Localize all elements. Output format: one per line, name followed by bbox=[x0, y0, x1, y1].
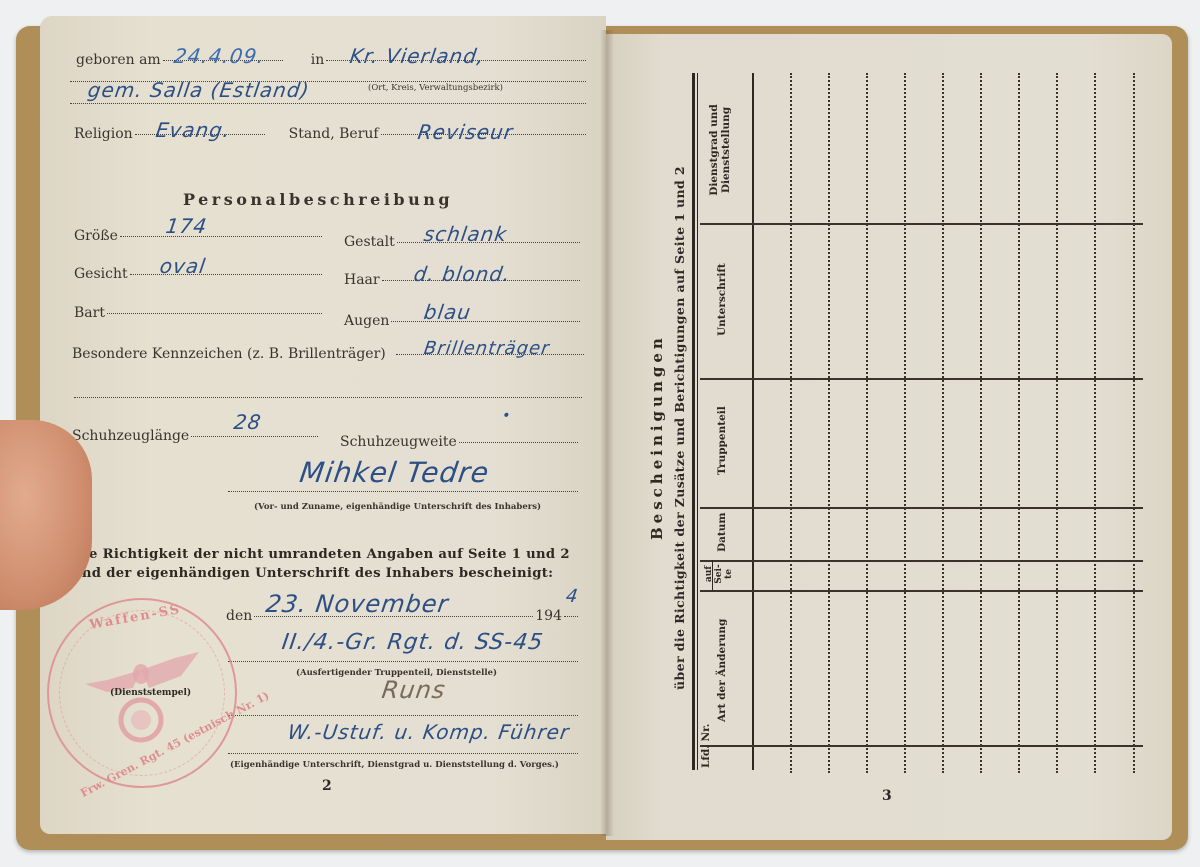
officer-rank: W.-Ustuf. u. Komp. Führer bbox=[286, 720, 571, 744]
column-divider bbox=[700, 378, 1143, 380]
born-row: geboren am in bbox=[76, 52, 588, 68]
marks-label: Besondere Kennzeichen (z. B. Brillenträg… bbox=[72, 346, 386, 362]
occupation-value: Reviseur bbox=[416, 120, 515, 144]
col-header-unterschrift: Unterschrift bbox=[716, 263, 728, 336]
column-divider bbox=[700, 560, 1143, 562]
column-divider bbox=[700, 507, 1143, 509]
shoe-length-label: Schuhzeuglänge bbox=[72, 428, 189, 444]
col-header-lfd-nr: Lfd. Nr. bbox=[700, 746, 712, 768]
build-value: schlank bbox=[422, 222, 509, 246]
height-label: Größe bbox=[74, 228, 118, 244]
dotted-line bbox=[228, 753, 578, 754]
right-page-subtitle: über die Richtigkeit der Zusätze und Ber… bbox=[672, 166, 687, 690]
born-in-value: Kr. Vierland, bbox=[348, 44, 486, 68]
eyes-label: Augen bbox=[344, 313, 389, 329]
entry-row-line bbox=[1133, 73, 1135, 773]
dotted-line bbox=[391, 321, 580, 322]
shoe-length-value: 28 bbox=[232, 410, 263, 434]
stamp-label: (Dienststempel) bbox=[110, 688, 191, 698]
col-header-datum: Datum bbox=[716, 512, 728, 552]
unit-value: II./4.-Gr. Rgt. d. SS-45 bbox=[280, 630, 545, 655]
build-label: Gestalt bbox=[344, 234, 395, 250]
dotted-line bbox=[191, 436, 318, 437]
entry-row-line bbox=[828, 73, 830, 773]
right-page-title: Bescheinigungen bbox=[648, 334, 666, 540]
table-border bbox=[752, 73, 754, 770]
face-value: oval bbox=[158, 254, 207, 278]
dotted-line bbox=[228, 491, 578, 492]
column-divider bbox=[700, 745, 1143, 747]
col-header-dienstgrad: Dienstgrad und Dienststellung bbox=[708, 95, 732, 205]
certification-line-2: und der eigenhändigen Unterschrift des I… bbox=[72, 564, 570, 583]
book-gutter bbox=[600, 30, 614, 836]
shoe-width-row: Schuhzeugweite bbox=[340, 434, 580, 450]
holder-signature: Mihkel Tedre bbox=[298, 456, 492, 489]
height-value: 174 bbox=[164, 214, 209, 238]
col-header-art-der-aenderung: Art der Änderung bbox=[716, 619, 728, 722]
occupation-label: Stand, Beruf bbox=[289, 126, 379, 142]
entry-row-line bbox=[980, 73, 982, 773]
column-divider bbox=[700, 223, 1143, 225]
dotted-line bbox=[70, 103, 586, 104]
thumb bbox=[0, 420, 92, 610]
shoe-length-row: Schuhzeuglänge bbox=[72, 428, 320, 444]
hair-value: d. blond. bbox=[412, 262, 512, 286]
beard-row: Bart bbox=[74, 305, 324, 321]
marks-row-2 bbox=[72, 400, 584, 401]
officer-signature: Runs bbox=[380, 676, 448, 704]
hair-label: Haar bbox=[344, 272, 380, 288]
holder-signature-line bbox=[226, 494, 580, 495]
entry-row-line bbox=[1056, 73, 1058, 773]
marks-value: Brillenträger bbox=[423, 338, 552, 359]
dotted-line bbox=[120, 236, 322, 237]
unit-line bbox=[226, 664, 580, 665]
entry-row-line bbox=[1018, 73, 1020, 773]
place-hint: (Ort, Kreis, Verwaltungsbezirk) bbox=[368, 83, 503, 93]
dotted-line bbox=[564, 616, 578, 617]
dotted-line bbox=[228, 661, 578, 662]
col-header-auf-seite: auf Sei- te bbox=[704, 560, 734, 588]
dotted-line bbox=[107, 313, 322, 314]
born-on-label: geboren am bbox=[76, 52, 161, 68]
entry-row-line bbox=[1094, 73, 1096, 773]
description-heading: Personalbeschreibung bbox=[183, 190, 453, 209]
page-number-left: 2 bbox=[322, 778, 332, 794]
date-label: den bbox=[226, 608, 252, 624]
born-in-label: in bbox=[311, 52, 325, 68]
shoe-width-label: Schuhzeugweite bbox=[340, 434, 457, 450]
certification-text: Die Richtigkeit der nicht umrandeten Ang… bbox=[72, 545, 570, 583]
table-border bbox=[697, 73, 698, 770]
entry-row-line bbox=[790, 73, 792, 773]
page-number-right: 3 bbox=[882, 788, 892, 804]
entry-row-line bbox=[866, 73, 868, 773]
column-divider bbox=[700, 590, 1143, 592]
officer-hint: (Eigenhändige Unterschrift, Dienstgrad u… bbox=[230, 760, 559, 770]
place-row-underline bbox=[68, 106, 588, 107]
right-page bbox=[606, 34, 1172, 840]
born-on-value: 24.4.09. bbox=[172, 44, 266, 68]
year-prefix: 194 bbox=[535, 608, 562, 624]
date-value: 23. November bbox=[264, 590, 451, 618]
col-header-truppenteil: Truppenteil bbox=[716, 406, 728, 475]
place-line2-value: gem. Salla (Estland) bbox=[86, 78, 311, 102]
face-label: Gesicht bbox=[74, 266, 128, 282]
officer-signature-line bbox=[226, 718, 580, 719]
entry-row-line bbox=[942, 73, 944, 773]
religion-value: Evang. bbox=[154, 118, 232, 142]
holder-signature-hint: (Vor- und Zuname, eigenhändige Unterschr… bbox=[254, 502, 541, 512]
dotted-line bbox=[459, 442, 578, 443]
entry-row-line bbox=[904, 73, 906, 773]
dotted-line bbox=[74, 397, 582, 398]
certification-line-1: Die Richtigkeit der nicht umrandeten Ang… bbox=[72, 545, 570, 564]
officer-rank-line bbox=[226, 756, 580, 757]
table-border bbox=[692, 73, 695, 770]
eyes-value: blau bbox=[422, 300, 473, 324]
beard-label: Bart bbox=[74, 305, 105, 321]
religion-label: Religion bbox=[74, 126, 133, 142]
dotted-line bbox=[228, 715, 578, 716]
